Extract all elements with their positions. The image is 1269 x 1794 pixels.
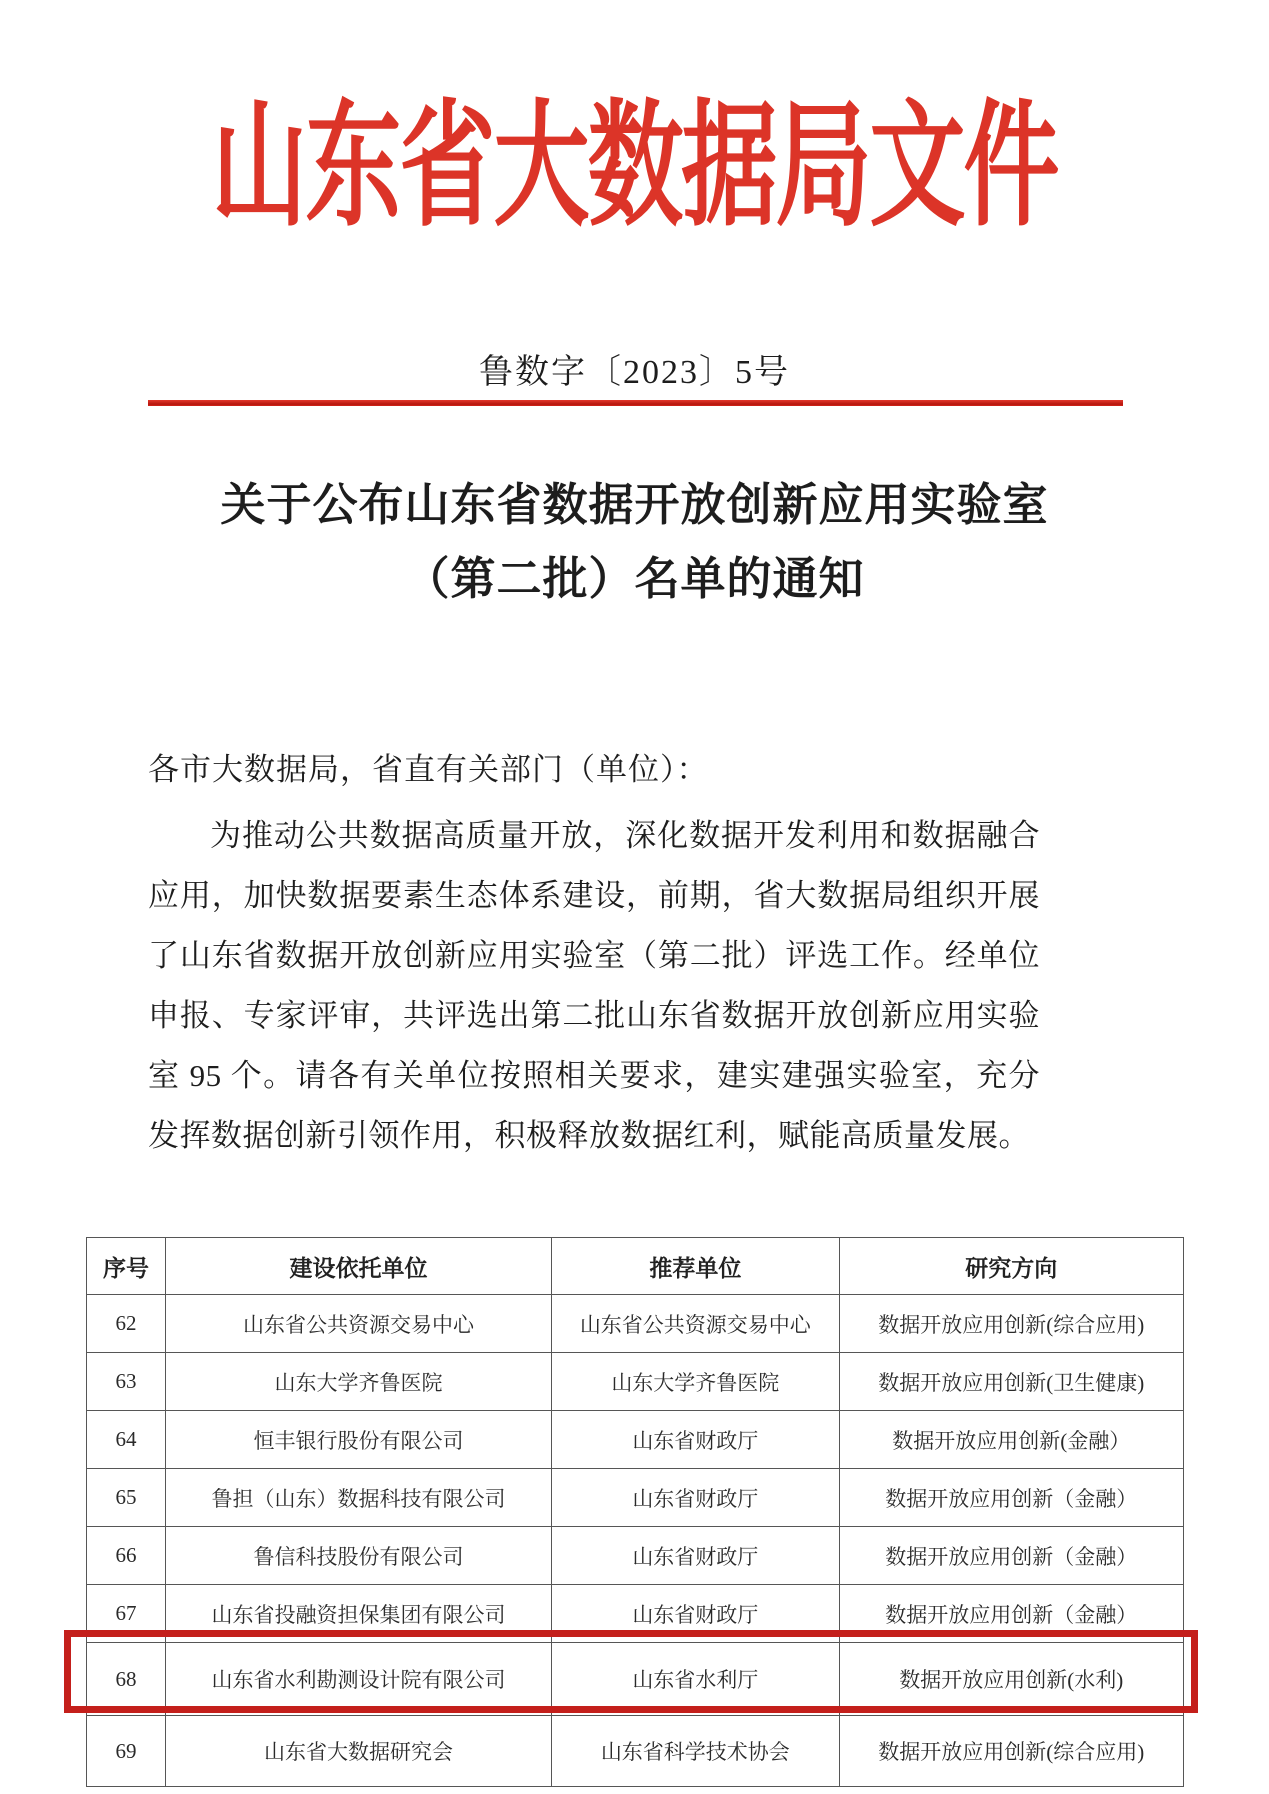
cell-org: 山东大学齐鲁医院	[165, 1353, 551, 1411]
cell-serial: 68	[87, 1643, 166, 1716]
table-header-row: 序号 建设依托单位 推荐单位 研究方向	[87, 1238, 1184, 1295]
notice-title: 关于公布山东省数据开放创新应用实验室 （第二批）名单的通知	[0, 468, 1269, 616]
cell-recommender: 山东省财政厅	[552, 1469, 839, 1527]
table-row-highlighted: 68 山东省水利勘测设计院有限公司 山东省水利厅 数据开放应用创新(水利)	[87, 1643, 1184, 1716]
cell-org: 山东省投融资担保集团有限公司	[165, 1585, 551, 1643]
cell-org: 山东省公共资源交易中心	[165, 1295, 551, 1353]
table-row: 69 山东省大数据研究会 山东省科学技术协会 数据开放应用创新(综合应用)	[87, 1716, 1184, 1787]
cell-direction: 数据开放应用创新（金融）	[839, 1585, 1183, 1643]
salutation: 各市大数据局，省直有关部门（单位）：	[148, 744, 709, 789]
document-page: 山东省大数据局文件 鲁数字〔2023〕5号 关于公布山东省数据开放创新应用实验室…	[0, 0, 1269, 1794]
table-row: 66 鲁信科技股份有限公司 山东省财政厅 数据开放应用创新（金融）	[87, 1527, 1184, 1585]
notice-title-line2: （第二批）名单的通知	[0, 542, 1269, 616]
cell-org: 山东省水利勘测设计院有限公司	[165, 1643, 551, 1716]
cell-direction: 数据开放应用创新（金融）	[839, 1527, 1183, 1585]
lab-roster-table: 序号 建设依托单位 推荐单位 研究方向 62 山东省公共资源交易中心 山东省公共…	[86, 1237, 1184, 1787]
cell-serial: 64	[87, 1411, 166, 1469]
cell-serial: 62	[87, 1295, 166, 1353]
cell-direction: 数据开放应用创新(水利)	[839, 1643, 1183, 1716]
cell-org: 山东省大数据研究会	[165, 1716, 551, 1787]
cell-org: 鲁担（山东）数据科技有限公司	[165, 1469, 551, 1527]
table-row: 62 山东省公共资源交易中心 山东省公共资源交易中心 数据开放应用创新(综合应用…	[87, 1295, 1184, 1353]
cell-direction: 数据开放应用创新(卫生健康)	[839, 1353, 1183, 1411]
cell-serial: 66	[87, 1527, 166, 1585]
cell-recommender: 山东大学齐鲁医院	[552, 1353, 839, 1411]
cell-org: 鲁信科技股份有限公司	[165, 1527, 551, 1585]
cell-recommender: 山东省财政厅	[552, 1527, 839, 1585]
cell-recommender: 山东省水利厅	[552, 1643, 839, 1716]
table-row: 64 恒丰银行股份有限公司 山东省财政厅 数据开放应用创新(金融）	[87, 1411, 1184, 1469]
lab-roster-table-wrap: 序号 建设依托单位 推荐单位 研究方向 62 山东省公共资源交易中心 山东省公共…	[86, 1237, 1184, 1787]
cell-recommender: 山东省科学技术协会	[552, 1716, 839, 1787]
header-serial-number: 序号	[87, 1238, 166, 1295]
cell-recommender: 山东省财政厅	[552, 1585, 839, 1643]
cell-serial: 69	[87, 1716, 166, 1787]
cell-direction: 数据开放应用创新（金融）	[839, 1469, 1183, 1527]
body-paragraph: 为推动公共数据高质量开放，深化数据开发利用和数据融合应用，加快数据要素生态体系建…	[148, 806, 1040, 1166]
header-construction-unit: 建设依托单位	[165, 1238, 551, 1295]
cell-serial: 63	[87, 1353, 166, 1411]
cell-recommender: 山东省公共资源交易中心	[552, 1295, 839, 1353]
cell-direction: 数据开放应用创新(金融）	[839, 1411, 1183, 1469]
header-research-direction: 研究方向	[839, 1238, 1183, 1295]
table-row: 63 山东大学齐鲁医院 山东大学齐鲁医院 数据开放应用创新(卫生健康)	[87, 1353, 1184, 1411]
notice-title-line1: 关于公布山东省数据开放创新应用实验室	[0, 468, 1269, 542]
table-row: 65 鲁担（山东）数据科技有限公司 山东省财政厅 数据开放应用创新（金融）	[87, 1469, 1184, 1527]
cell-serial: 67	[87, 1585, 166, 1643]
letterhead-title: 山东省大数据局文件	[0, 58, 1269, 253]
cell-serial: 65	[87, 1469, 166, 1527]
cell-direction: 数据开放应用创新(综合应用)	[839, 1295, 1183, 1353]
table-row: 67 山东省投融资担保集团有限公司 山东省财政厅 数据开放应用创新（金融）	[87, 1585, 1184, 1643]
red-divider-rule	[148, 400, 1123, 406]
document-number: 鲁数字〔2023〕5号	[0, 344, 1269, 393]
cell-direction: 数据开放应用创新(综合应用)	[839, 1716, 1183, 1787]
header-recommending-unit: 推荐单位	[552, 1238, 839, 1295]
cell-org: 恒丰银行股份有限公司	[165, 1411, 551, 1469]
cell-recommender: 山东省财政厅	[552, 1411, 839, 1469]
